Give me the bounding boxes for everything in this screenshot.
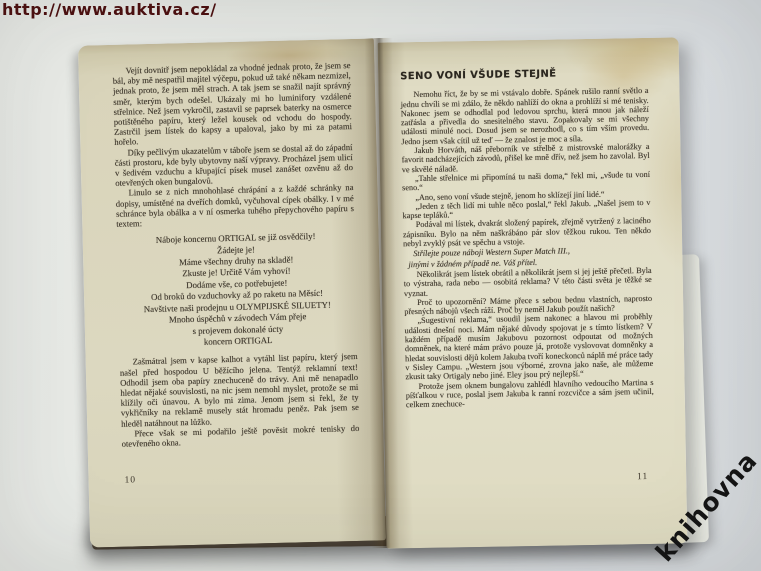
left-page: Vejít dovnitř jsem nepokládal za vhodné … bbox=[78, 38, 386, 547]
paragraph: Podával mi lístek, dvakrát složený papír… bbox=[403, 216, 651, 248]
paragraph: Nemohu říct, že by se mi vstávalo dobře.… bbox=[400, 86, 649, 146]
paragraph: Několikrát jsem lístek obrátil a několik… bbox=[404, 266, 652, 298]
paragraph: Díky pečlivým ukazatelům v táboře jsem s… bbox=[114, 142, 353, 189]
paragraph: Zašmátral jsem v kapse kalhot a vytáhl l… bbox=[120, 351, 360, 428]
advertisement-block: Náboje koncernu ORTIGAL se již osvědčily… bbox=[117, 230, 358, 350]
right-page: SENO VONÍ VŠUDE STEJNĚ Nemohu říct, že b… bbox=[378, 37, 688, 548]
auction-site-watermark: http://www.auktiva.cz/ bbox=[2, 0, 217, 19]
paragraph: Protože jsem oknem bungalovu zahlédl hla… bbox=[406, 377, 654, 409]
page-number-right: 11 bbox=[637, 472, 648, 482]
paragraph: Vejít dovnitř jsem nepokládal za vhodné … bbox=[112, 60, 352, 147]
page-number-left: 10 bbox=[124, 475, 136, 485]
paragraph: Linulo se z nich mnohohlasé chrápání a z… bbox=[115, 182, 354, 229]
book-photo: Vejít dovnitř jsem nepokládal za vhodné … bbox=[0, 0, 761, 571]
chapter-heading: SENO VONÍ VŠUDE STEJNĚ bbox=[400, 68, 648, 82]
right-page-text: SENO VONÍ VŠUDE STEJNĚ Nemohu říct, že b… bbox=[400, 68, 654, 410]
paragraph: „Sugestivní reklama,“ usoudil jsem nakon… bbox=[404, 312, 653, 381]
left-page-text: Vejít dovnitř jsem nepokládal za vhodné … bbox=[112, 60, 359, 449]
paragraph: Jakub Horváth, náš přeborník ve střelbě … bbox=[401, 142, 649, 174]
